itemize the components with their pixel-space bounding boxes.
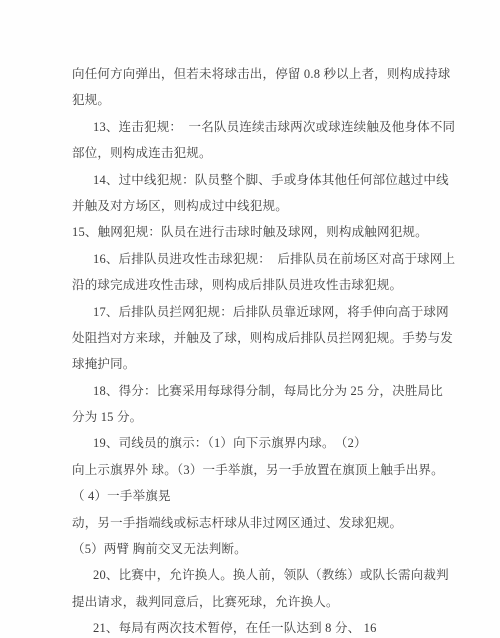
text-line: （5）两臂 胸前交叉无法判断。 bbox=[72, 536, 432, 562]
text-line: 14、过中线犯规：队员整个脚、手或身体其他任何部位越过中线 bbox=[72, 167, 432, 193]
text-line: 21、每局有两次技术暂停，在任一队达到 8 分、 16 bbox=[72, 615, 432, 638]
text-line: 16、后排队员进攻性击球犯规： 后排队员在前场区对高于球网上 bbox=[72, 246, 432, 272]
text-line: （ 4）一手举旗晃 bbox=[72, 483, 432, 509]
text-line: 提出请求，裁判同意后，比赛死球，允许换人。 bbox=[72, 589, 432, 615]
text-line: 动，另一手指端线或标志杆球从非过网区通过、发球犯规。 bbox=[72, 510, 432, 536]
text-line: 球掩护同。 bbox=[72, 351, 432, 377]
text-line: 15、触网犯规：队员在进行击球时触及球网，则构成触网犯规。 bbox=[72, 219, 432, 245]
text-line: 17、后排队员拦网犯规：后排队员靠近球网，将手伸向高于球网 bbox=[72, 299, 432, 325]
text-line: 13、连击犯规： 一名队员连续击球两次或球连续触及他身体不同 bbox=[72, 114, 432, 140]
text-line: 分为 15 分。 bbox=[72, 404, 432, 430]
text-line: 犯规。 bbox=[72, 87, 432, 113]
text-line: 向上示旗界外 球。（3）一手举旗，另一手放置在旗顶上触手出界。 bbox=[72, 457, 432, 483]
text-line: 并触及对方场区，则构成过中线犯规。 bbox=[72, 193, 432, 219]
text-line: 部位，则构成连击犯规。 bbox=[72, 140, 432, 166]
text-line: 处阻挡对方来球，并触及了球，则构成后排队员拦网犯规。手势与发 bbox=[72, 325, 432, 351]
text-line: 20、比赛中，允许换人。换人前，领队（教练）或队长需向裁判 bbox=[72, 562, 432, 588]
document-page: 向任何方向弹出，但若未将球击出，停留 0.8 秒以上者，则构成持球 犯规。 13… bbox=[0, 0, 500, 638]
text-line: 向任何方向弹出，但若未将球击出，停留 0.8 秒以上者，则构成持球 bbox=[72, 61, 432, 87]
document-text-block: 向任何方向弹出，但若未将球击出，停留 0.8 秒以上者，则构成持球 犯规。 13… bbox=[72, 61, 432, 638]
text-line: 19、司线员的旗示：（1）向下示旗界内球。 （2） bbox=[72, 430, 432, 456]
text-line: 18、得分：比赛采用每球得分制，每局比分为 25 分，决胜局比 bbox=[72, 378, 432, 404]
text-line: 沿的球完成进攻性击球，则构成后排队员进攻性击球犯规。 bbox=[72, 272, 432, 298]
